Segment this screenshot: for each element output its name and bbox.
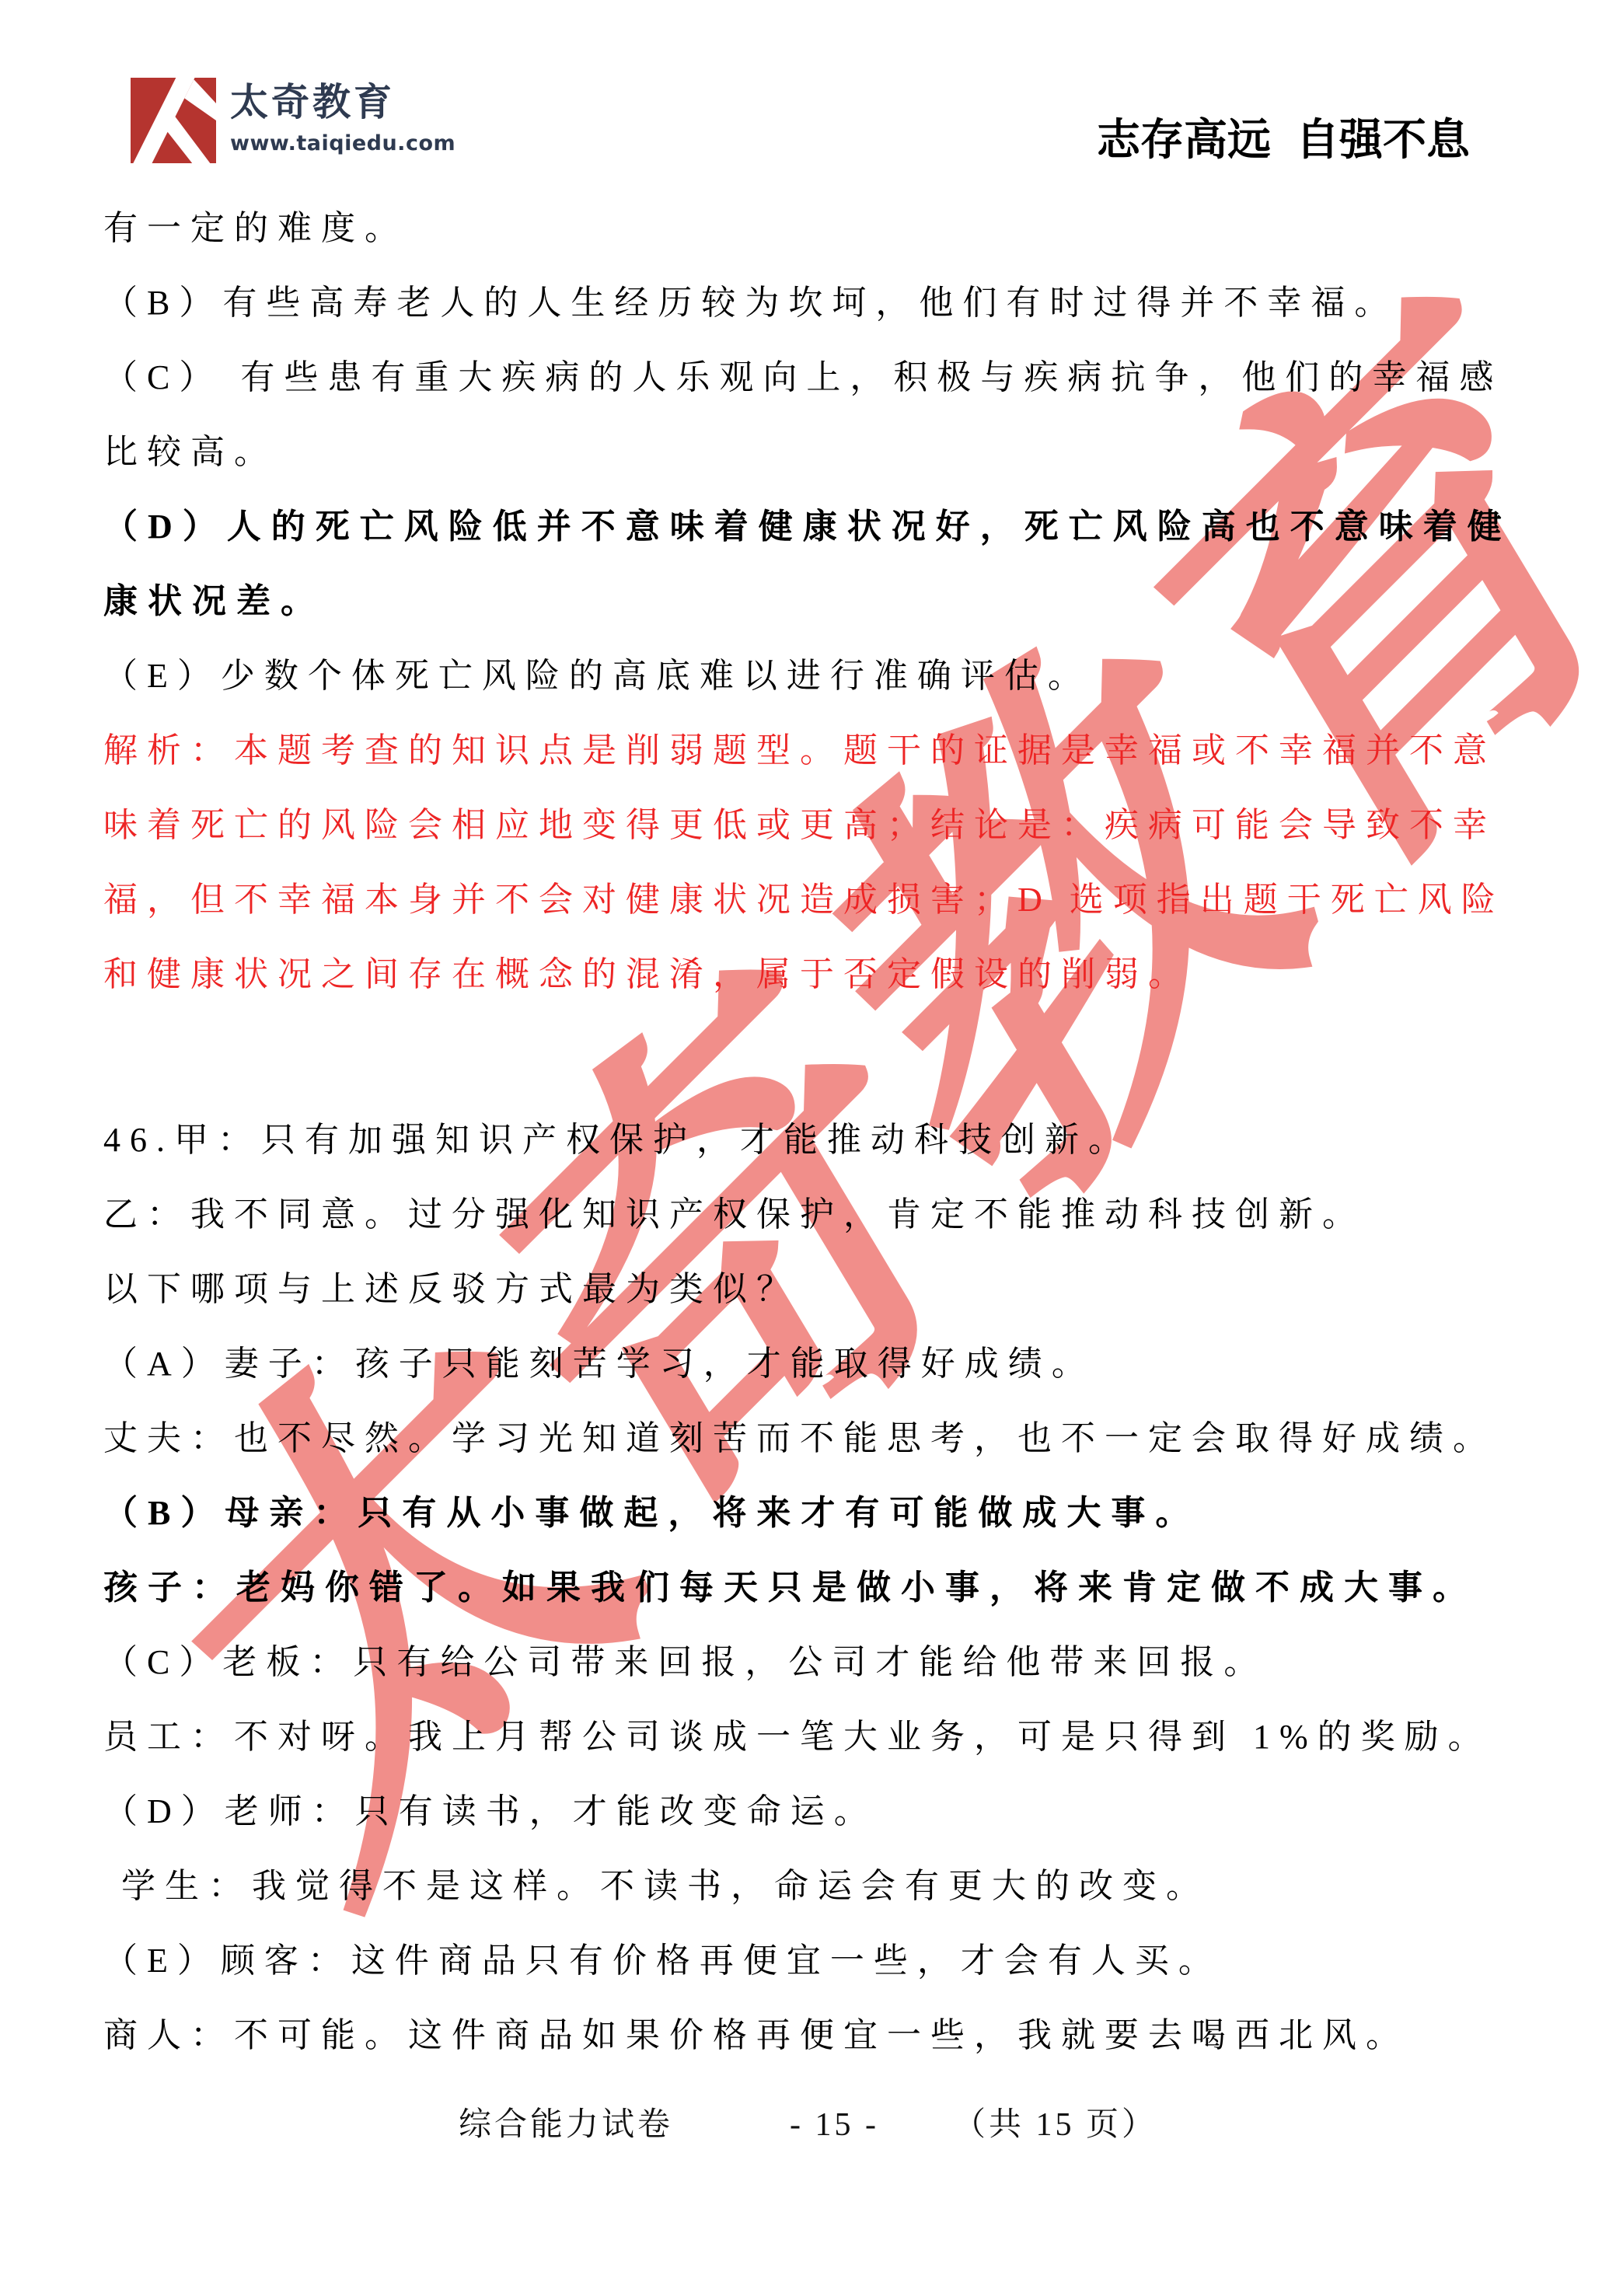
text-line: 以下哪项与上述反驳方式最为类似？ <box>103 1252 1516 1327</box>
logo-text-block: 太奇教育 www.taiqiedu.com <box>230 76 455 157</box>
text-line: 学生：我觉得不是这样。不读书，命运会有更大的改变。 <box>103 1849 1516 1924</box>
logo-title: 太奇教育 <box>230 79 455 126</box>
page-header: 太奇教育 www.taiqiedu.com 志存高远 自强不息 <box>0 0 1616 194</box>
text-line: （E）顾客：这件商品只有价格再便宜一些，才会有人买。 <box>103 1924 1516 1998</box>
footer-total-pages: （共 15 页） <box>953 2099 1157 2145</box>
text-line: 乙：我不同意。过分强化知识产权保护，肯定不能推动科技创新。 <box>103 1178 1516 1252</box>
text-line: 46.甲：只有加强知识产权保护，才能推动科技创新。 <box>103 1103 1516 1178</box>
text-line: （C）老板：只有给公司带来回报，公司才能给他带来回报。 <box>103 1625 1516 1700</box>
text-line: 福，但不幸福本身并不会对健康状况造成损害；D 选项指出题干死亡风险 <box>103 863 1516 937</box>
logo-url: www.taiqiedu.com <box>230 131 455 157</box>
text-line: （E）少数个体死亡风险的高底难以进行准确评估。 <box>103 639 1516 714</box>
text-line: 孩子：老妈你错了。如果我们每天只是做小事，将来肯定做不成大事。 <box>103 1551 1516 1625</box>
footer-title: 综合能力试卷 <box>459 2099 673 2145</box>
page-footer: 综合能力试卷 - 15 - （共 15 页） <box>0 2099 1616 2145</box>
taiqi-logo: 太奇教育 www.taiqiedu.com <box>131 76 455 165</box>
text-line: 解析：本题考查的知识点是削弱题型。题干的证据是幸福或不幸福并不意 <box>103 714 1516 788</box>
text-line: 和健康状况之间存在概念的混淆，属于否定假设的削弱。 <box>103 937 1516 1012</box>
text-line: （B）有些高寿老人的人生经历较为坎坷，他们有时过得并不幸福。 <box>103 266 1516 340</box>
header-slogan: 志存高远 自强不息 <box>1097 117 1470 165</box>
text-line: （C） 有些患有重大疾病的人乐观向上，积极与疾病抗争，他们的幸福感 <box>103 340 1516 415</box>
text-line: 有一定的难度。 <box>103 191 1516 266</box>
footer-page-number: - 15 - <box>790 2106 879 2144</box>
text-line: （B）母亲：只有从小事做起，将来才有可能做成大事。 <box>103 1476 1516 1551</box>
blank-line <box>103 1012 1516 1103</box>
text-line: 康状况差。 <box>103 564 1516 639</box>
body-text: 有一定的难度。（B）有些高寿老人的人生经历较为坎坷，他们有时过得并不幸福。（C）… <box>103 191 1516 2073</box>
slogan-part1: 志存高远 <box>1097 117 1271 165</box>
text-line: （D）老师：只有读书，才能改变命运。 <box>103 1774 1516 1849</box>
text-line: （D）人的死亡风险低并不意味着健康状况好，死亡风险高也不意味着健 <box>103 490 1516 564</box>
text-line: 商人：不可能。这件商品如果价格再便宜一些，我就要去喝西北风。 <box>103 1998 1516 2073</box>
text-line: （A）妻子：孩子只能刻苦学习，才能取得好成绩。 <box>103 1327 1516 1401</box>
text-line: 味着死亡的风险会相应地变得更低或更高；结论是：疾病可能会导致不幸 <box>103 788 1516 863</box>
taiqi-logo-mark-icon <box>131 76 216 165</box>
text-line: 员工：不对呀。我上月帮公司谈成一笔大业务，可是只得到 1%的奖励。 <box>103 1700 1516 1774</box>
text-line: 丈夫：也不尽然。学习光知道刻苦而不能思考，也不一定会取得好成绩。 <box>103 1401 1516 1476</box>
text-line: 比较高。 <box>103 415 1516 490</box>
slogan-part2: 自强不息 <box>1296 117 1470 165</box>
